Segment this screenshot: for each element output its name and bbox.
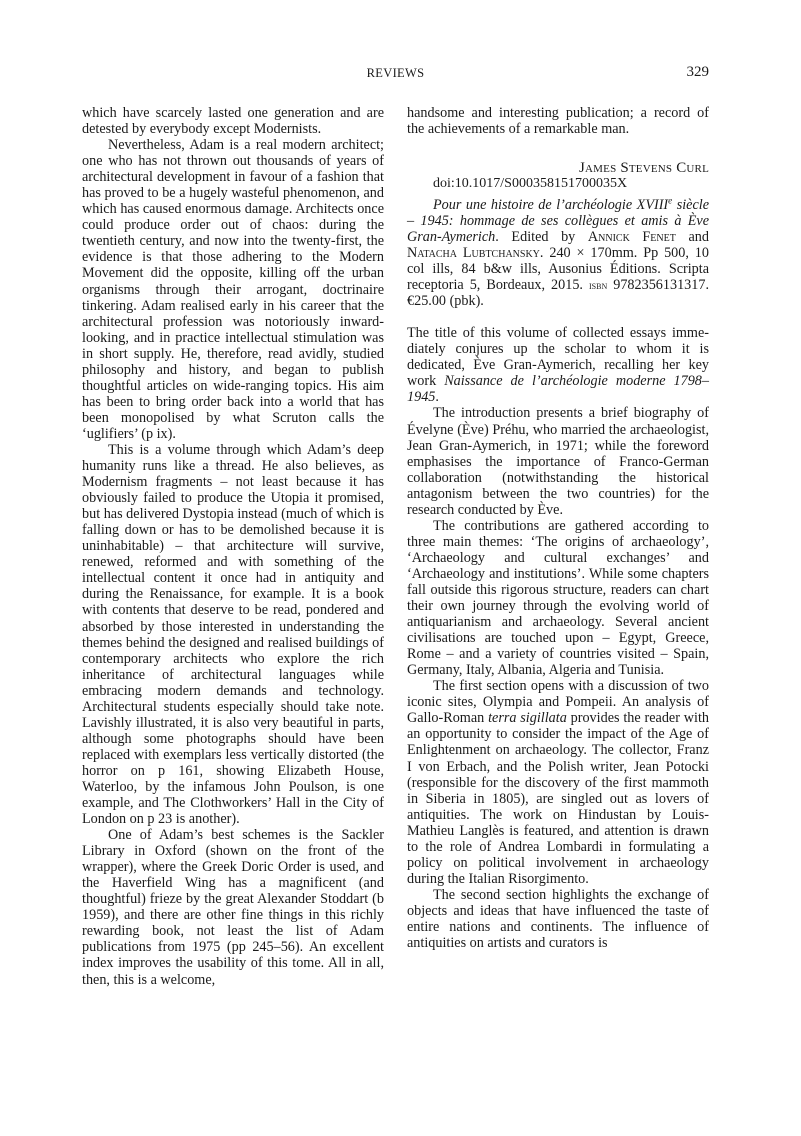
paragraph-text: provides the reader with an opportunity … [407,710,709,886]
paragraph: The first section opens with a discussio… [407,678,709,887]
running-head: REVIEWS 329 [0,64,801,84]
doi-link[interactable]: doi:10.1017/S000358151700035X [407,176,709,192]
paragraph-text: The second section highlights the exchan… [407,887,709,951]
reviewer-signature: James Stevens Curl [407,160,709,176]
running-title: REVIEWS [0,66,791,81]
citation-text: . Edited by [495,229,588,245]
right-column: handsome and interesting publication; a … [407,105,709,951]
paragraph-text: The contributions are gathered according… [407,518,709,678]
paragraph: Nevertheless, Adam is a real modern arch… [82,137,384,442]
book-title-part: Pour une histoire de l’archéologie XVIII [433,197,668,213]
paragraph: The second section highlights the exchan… [407,887,709,951]
editor-name: Natacha Lubtchansky [407,245,540,261]
paragraph: This is a volume through which Adam’s de… [82,442,384,827]
paragraph: which have scarcely lasted one generatio… [82,105,384,137]
paragraph-continuation: handsome and interesting publication; a … [407,105,709,137]
italic-term: terra sigillata [488,710,567,726]
editor-name: Annick Fenet [588,229,676,245]
citation-text: and [676,229,709,245]
left-column: which have scarcely lasted one generatio… [82,105,384,988]
paragraph: One of Adam’s best schemes is the Sackle… [82,827,384,987]
page-number: 329 [687,64,710,81]
paragraph: The introduction presents a brief biogra… [407,405,709,517]
paragraph: The title of this volume of collected es… [407,325,709,405]
isbn-label: isbn [589,278,607,292]
italic-work-title: Naissance de l’archéologie moderne 1798–… [407,373,709,405]
book-citation: Pour une histoire de l’archéologie XVIII… [407,192,709,309]
paragraph: The contributions are gathered according… [407,518,709,678]
paragraph-text: The introduction presents a brief biogra… [407,405,709,517]
paragraph-text: . [435,389,439,405]
review-body: The title of this volume of collected es… [407,325,709,951]
